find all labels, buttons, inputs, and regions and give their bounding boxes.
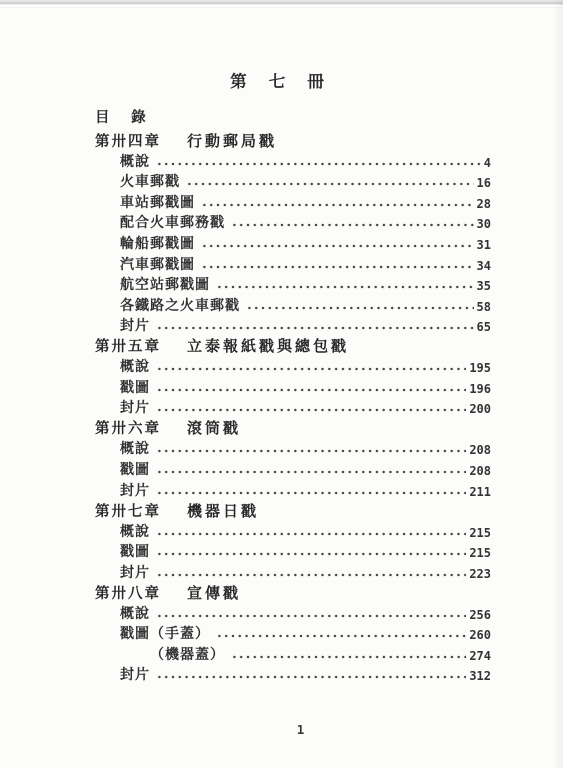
toc-entry-row: 概說195	[95, 356, 491, 377]
toc-entry-row: 概說256	[95, 603, 491, 624]
entry-page-number: 274	[469, 649, 491, 663]
toc-entry-row: 封片211	[95, 479, 491, 500]
entry-page-number: 65	[477, 320, 491, 334]
dot-leader	[156, 674, 466, 680]
chapter-number: 第卅七章	[95, 500, 161, 521]
table-of-contents: 目 錄 第卅四章行動郵局戳概說4火車郵戳16車站郵戳圖28配合火車郵務戳30輪船…	[95, 108, 491, 685]
entry-label: 各鐵路之火車郵戳	[120, 295, 240, 315]
entry-label: 概說	[120, 603, 150, 623]
toc-entry-row: 輪船郵戳圖31	[95, 233, 491, 254]
dot-leader	[201, 264, 474, 270]
toc-entry-row: 車站郵戳圖28	[95, 192, 491, 213]
scan-edge-bar	[0, 0, 563, 5]
dot-leader	[186, 181, 474, 187]
toc-entry-row: 戳圖（手蓋）260	[95, 623, 491, 644]
entry-label: 航空站郵戳圖	[120, 274, 210, 294]
entry-page-number: 58	[477, 300, 491, 314]
dot-leader	[156, 387, 466, 393]
entry-label: 概說	[120, 356, 150, 376]
toc-chapter-row: 第卅七章機器日戳	[95, 500, 491, 521]
dot-leader	[201, 202, 474, 208]
dot-leader	[156, 366, 466, 372]
toc-entry-row: 概說4	[95, 151, 491, 172]
dot-leader	[156, 448, 466, 454]
dot-leader	[156, 613, 466, 619]
toc-heading: 目 錄	[95, 108, 491, 130]
entry-page-number: 208	[469, 464, 491, 478]
toc-entry-row: 各鐵路之火車郵戳58	[95, 294, 491, 315]
entry-label: 封片	[120, 397, 150, 417]
entry-page-number: 312	[469, 669, 491, 683]
chapter-number: 第卅五章	[95, 335, 161, 356]
toc-entry-row: 概說215	[95, 520, 491, 541]
toc-entry-row: 戳圖196	[95, 377, 491, 398]
toc-entry-row: 火車郵戳16	[95, 171, 491, 192]
entry-label: 戳圖	[120, 377, 150, 397]
entry-label: 封片	[120, 664, 150, 684]
toc-entry-row: 航空站郵戳圖35	[95, 274, 491, 295]
entry-page-number: 31	[477, 238, 491, 252]
chapter-number: 第卅四章	[95, 130, 161, 151]
chapter-title: 滾筒戳	[187, 417, 241, 438]
toc-list: 第卅四章行動郵局戳概說4火車郵戳16車站郵戳圖28配合火車郵務戳30輪船郵戳圖3…	[95, 130, 491, 685]
entry-label: 戳圖（手蓋）	[120, 623, 210, 643]
dot-leader	[231, 654, 466, 660]
entry-label: 封片	[120, 562, 150, 582]
entry-label: 車站郵戳圖	[120, 192, 195, 212]
toc-entry-row: 戳圖215	[95, 541, 491, 562]
chapter-title: 立泰報紙戳與總包戳	[187, 335, 349, 356]
dot-leader	[156, 490, 466, 496]
entry-label: 戳圖	[120, 459, 150, 479]
entry-page-number: 200	[469, 402, 491, 416]
toc-entry-row: 汽車郵戳圖34	[95, 253, 491, 274]
entry-page-number: 208	[469, 443, 491, 457]
chapter-title: 行動郵局戳	[187, 130, 277, 151]
toc-entry-row: 封片200	[95, 397, 491, 418]
entry-label: 概說	[120, 521, 150, 541]
toc-entry-row: 封片65	[95, 315, 491, 336]
toc-entry-row: （機器蓋）274	[95, 644, 491, 665]
toc-entry-row: 封片312	[95, 664, 491, 685]
dot-leader	[216, 284, 474, 290]
entry-label: 封片	[120, 315, 150, 335]
dot-leader	[156, 325, 474, 331]
dot-leader	[156, 407, 466, 413]
entry-label: （機器蓋）	[150, 644, 225, 664]
entry-label: 概說	[120, 438, 150, 458]
dot-leader	[156, 551, 466, 557]
chapter-number: 第卅八章	[95, 582, 161, 603]
toc-entry-row: 概說208	[95, 438, 491, 459]
entry-page-number: 28	[477, 197, 491, 211]
entry-page-number: 260	[469, 628, 491, 642]
entry-page-number: 30	[477, 217, 491, 231]
entry-label: 封片	[120, 480, 150, 500]
chapter-number: 第卅六章	[95, 417, 161, 438]
entry-label: 概說	[120, 151, 150, 171]
entry-page-number: 4	[484, 156, 491, 170]
entry-page-number: 223	[469, 567, 491, 581]
dot-leader	[201, 243, 474, 249]
entry-label: 配合火車郵務戳	[120, 212, 225, 232]
toc-entry-row: 戳圖208	[95, 459, 491, 480]
entry-page-number: 195	[469, 361, 491, 375]
entry-page-number: 215	[469, 526, 491, 540]
dot-leader	[246, 305, 474, 311]
toc-chapter-row: 第卅六章滾筒戳	[95, 418, 491, 439]
dot-leader	[216, 633, 466, 639]
volume-title: 第 七 冊	[0, 68, 563, 92]
entry-page-number: 211	[469, 485, 491, 499]
dot-leader	[156, 469, 466, 475]
dot-leader	[156, 531, 466, 537]
entry-page-number: 196	[469, 382, 491, 396]
entry-label: 輪船郵戳圖	[120, 233, 195, 253]
entry-page-number: 256	[469, 608, 491, 622]
entry-label: 火車郵戳	[120, 171, 180, 191]
entry-label: 汽車郵戳圖	[120, 254, 195, 274]
toc-chapter-row: 第卅八章宣傳戳	[95, 582, 491, 603]
entry-page-number: 16	[477, 176, 491, 190]
scanned-toc-page: 第 七 冊 目 錄 第卅四章行動郵局戳概說4火車郵戳16車站郵戳圖28配合火車郵…	[0, 0, 563, 768]
toc-entry-row: 配合火車郵務戳30	[95, 212, 491, 233]
toc-entry-row: 封片223	[95, 561, 491, 582]
chapter-title: 宣傳戳	[187, 582, 241, 603]
dot-leader	[231, 222, 474, 228]
entry-label: 戳圖	[120, 541, 150, 561]
chapter-title: 機器日戳	[187, 500, 259, 521]
page-number: 1	[0, 722, 563, 737]
entry-page-number: 35	[477, 279, 491, 293]
entry-page-number: 34	[477, 259, 491, 273]
entry-page-number: 215	[469, 546, 491, 560]
toc-chapter-row: 第卅四章行動郵局戳	[95, 130, 491, 151]
toc-chapter-row: 第卅五章立泰報紙戳與總包戳	[95, 335, 491, 356]
dot-leader	[156, 572, 466, 578]
dot-leader	[156, 161, 481, 167]
